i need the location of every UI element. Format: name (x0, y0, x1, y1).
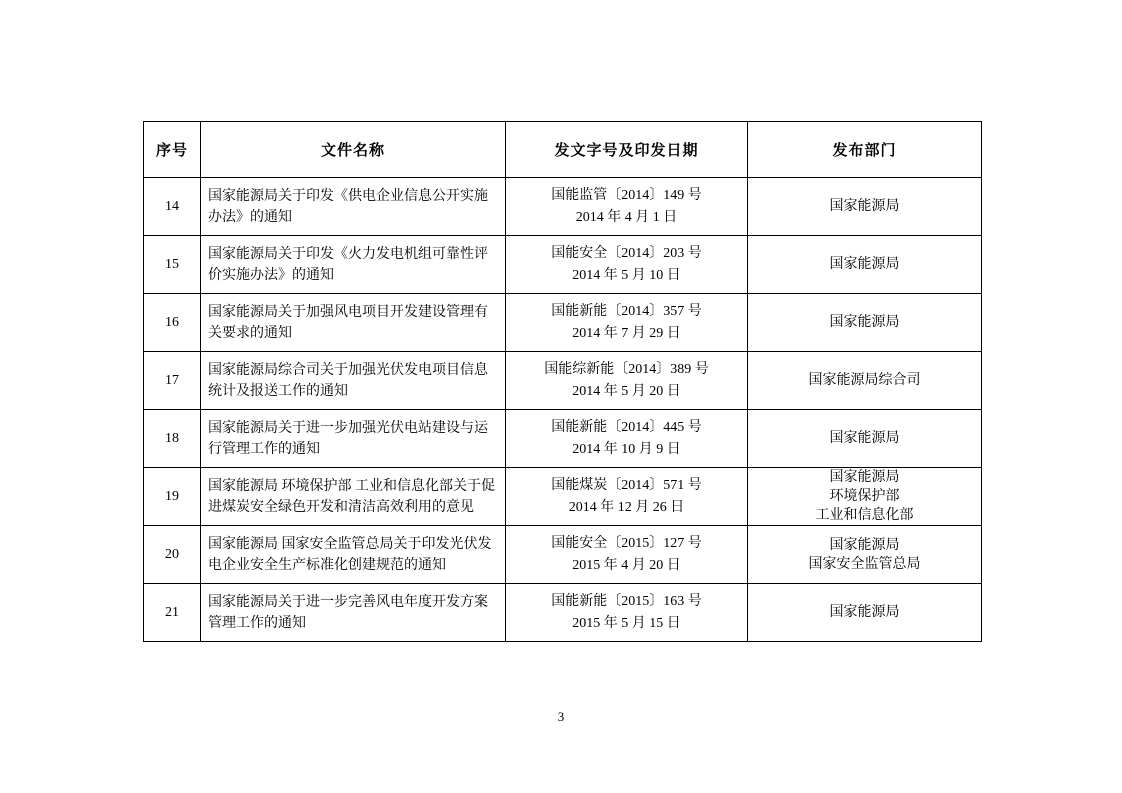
department-name: 国家能源局 (748, 429, 981, 448)
department-list: 国家能源局 (748, 197, 981, 216)
cell-doc-number-date: 国能煤炭〔2014〕571 号 2014 年 12 月 26 日 (506, 468, 748, 526)
doc-date: 2014 年 10 月 9 日 (506, 439, 747, 461)
header-issuing-department: 发布部门 (748, 122, 982, 178)
table-body: 14 国家能源局关于印发《供电企业信息公开实施办法》的通知 国能监管〔2014〕… (144, 178, 982, 642)
department-list: 国家能源局环境保护部工业和信息化部 (748, 468, 981, 525)
cell-file-name: 国家能源局综合司关于加强光伏发电项目信息统计及报送工作的通知 (201, 352, 506, 410)
table-header-row: 序号 文件名称 发文字号及印发日期 发布部门 (144, 122, 982, 178)
doc-date: 2014 年 12 月 26 日 (506, 497, 747, 519)
cell-doc-number-date: 国能新能〔2014〕445 号 2014 年 10 月 9 日 (506, 410, 748, 468)
department-list: 国家能源局综合司 (748, 371, 981, 390)
doc-number: 国能综新能〔2014〕389 号 (506, 359, 747, 381)
header-file-name: 文件名称 (201, 122, 506, 178)
doc-number: 国能安全〔2015〕127 号 (506, 533, 747, 555)
cell-issuing-department: 国家能源局 (748, 410, 982, 468)
cell-index: 20 (144, 526, 201, 584)
doc-number: 国能新能〔2015〕163 号 (506, 591, 747, 613)
department-list: 国家能源局国家安全监管总局 (748, 536, 981, 574)
cell-issuing-department: 国家能源局 (748, 294, 982, 352)
doc-date: 2014 年 5 月 20 日 (506, 381, 747, 403)
table-row: 16 国家能源局关于加强风电项目开发建设管理有关要求的通知 国能新能〔2014〕… (144, 294, 982, 352)
department-name: 工业和信息化部 (748, 506, 981, 525)
header-doc-number-date: 发文字号及印发日期 (506, 122, 748, 178)
department-list: 国家能源局 (748, 313, 981, 332)
cell-doc-number-date: 国能监管〔2014〕149 号 2014 年 4 月 1 日 (506, 178, 748, 236)
cell-index: 19 (144, 468, 201, 526)
department-name: 国家能源局 (748, 313, 981, 332)
cell-doc-number-date: 国能新能〔2015〕163 号 2015 年 5 月 15 日 (506, 584, 748, 642)
cell-issuing-department: 国家能源局 (748, 178, 982, 236)
cell-file-name: 国家能源局关于进一步完善风电年度开发方案管理工作的通知 (201, 584, 506, 642)
cell-file-name: 国家能源局关于进一步加强光伏电站建设与运行管理工作的通知 (201, 410, 506, 468)
cell-file-name: 国家能源局关于印发《火力发电机组可靠性评价实施办法》的通知 (201, 236, 506, 294)
department-name: 国家能源局综合司 (748, 371, 981, 390)
doc-number: 国能新能〔2014〕357 号 (506, 301, 747, 323)
cell-doc-number-date: 国能新能〔2014〕357 号 2014 年 7 月 29 日 (506, 294, 748, 352)
cell-doc-number-date: 国能安全〔2015〕127 号 2015 年 4 月 20 日 (506, 526, 748, 584)
cell-issuing-department: 国家能源局综合司 (748, 352, 982, 410)
cell-file-name: 国家能源局关于加强风电项目开发建设管理有关要求的通知 (201, 294, 506, 352)
doc-date: 2014 年 5 月 10 日 (506, 265, 747, 287)
department-name: 国家能源局 (748, 255, 981, 274)
department-list: 国家能源局 (748, 603, 981, 622)
cell-issuing-department: 国家能源局国家安全监管总局 (748, 526, 982, 584)
cell-doc-number-date: 国能综新能〔2014〕389 号 2014 年 5 月 20 日 (506, 352, 748, 410)
cell-index: 16 (144, 294, 201, 352)
cell-index: 17 (144, 352, 201, 410)
doc-date: 2014 年 7 月 29 日 (506, 323, 747, 345)
department-name: 国家能源局 (748, 603, 981, 622)
cell-index: 21 (144, 584, 201, 642)
cell-issuing-department: 国家能源局环境保护部工业和信息化部 (748, 468, 982, 526)
table-row: 15 国家能源局关于印发《火力发电机组可靠性评价实施办法》的通知 国能安全〔20… (144, 236, 982, 294)
doc-number: 国能煤炭〔2014〕571 号 (506, 475, 747, 497)
cell-issuing-department: 国家能源局 (748, 236, 982, 294)
cell-file-name: 国家能源局 国家安全监管总局关于印发光伏发电企业安全生产标准化创建规范的通知 (201, 526, 506, 584)
table-row: 20 国家能源局 国家安全监管总局关于印发光伏发电企业安全生产标准化创建规范的通… (144, 526, 982, 584)
cell-file-name: 国家能源局关于印发《供电企业信息公开实施办法》的通知 (201, 178, 506, 236)
table-row: 19 国家能源局 环境保护部 工业和信息化部关于促进煤炭安全绿色开发和清洁高效利… (144, 468, 982, 526)
doc-date: 2014 年 4 月 1 日 (506, 207, 747, 229)
page-number: 3 (0, 709, 1122, 725)
department-name: 国家安全监管总局 (748, 555, 981, 574)
cell-doc-number-date: 国能安全〔2014〕203 号 2014 年 5 月 10 日 (506, 236, 748, 294)
cell-index: 14 (144, 178, 201, 236)
department-list: 国家能源局 (748, 429, 981, 448)
documents-table: 序号 文件名称 发文字号及印发日期 发布部门 14 国家能源局关于印发《供电企业… (143, 121, 982, 642)
department-name: 国家能源局 (748, 468, 981, 487)
header-index: 序号 (144, 122, 201, 178)
table-row: 14 国家能源局关于印发《供电企业信息公开实施办法》的通知 国能监管〔2014〕… (144, 178, 982, 236)
doc-date: 2015 年 5 月 15 日 (506, 613, 747, 635)
doc-number: 国能安全〔2014〕203 号 (506, 243, 747, 265)
department-list: 国家能源局 (748, 255, 981, 274)
cell-index: 15 (144, 236, 201, 294)
table-row: 21 国家能源局关于进一步完善风电年度开发方案管理工作的通知 国能新能〔2015… (144, 584, 982, 642)
table-row: 17 国家能源局综合司关于加强光伏发电项目信息统计及报送工作的通知 国能综新能〔… (144, 352, 982, 410)
department-name: 国家能源局 (748, 536, 981, 555)
cell-index: 18 (144, 410, 201, 468)
doc-number: 国能新能〔2014〕445 号 (506, 417, 747, 439)
doc-number: 国能监管〔2014〕149 号 (506, 185, 747, 207)
document-page: 序号 文件名称 发文字号及印发日期 发布部门 14 国家能源局关于印发《供电企业… (0, 0, 1122, 793)
cell-file-name: 国家能源局 环境保护部 工业和信息化部关于促进煤炭安全绿色开发和清洁高效利用的意… (201, 468, 506, 526)
department-name: 环境保护部 (748, 487, 981, 506)
table-row: 18 国家能源局关于进一步加强光伏电站建设与运行管理工作的通知 国能新能〔201… (144, 410, 982, 468)
cell-issuing-department: 国家能源局 (748, 584, 982, 642)
doc-date: 2015 年 4 月 20 日 (506, 555, 747, 577)
department-name: 国家能源局 (748, 197, 981, 216)
table-header: 序号 文件名称 发文字号及印发日期 发布部门 (144, 122, 982, 178)
